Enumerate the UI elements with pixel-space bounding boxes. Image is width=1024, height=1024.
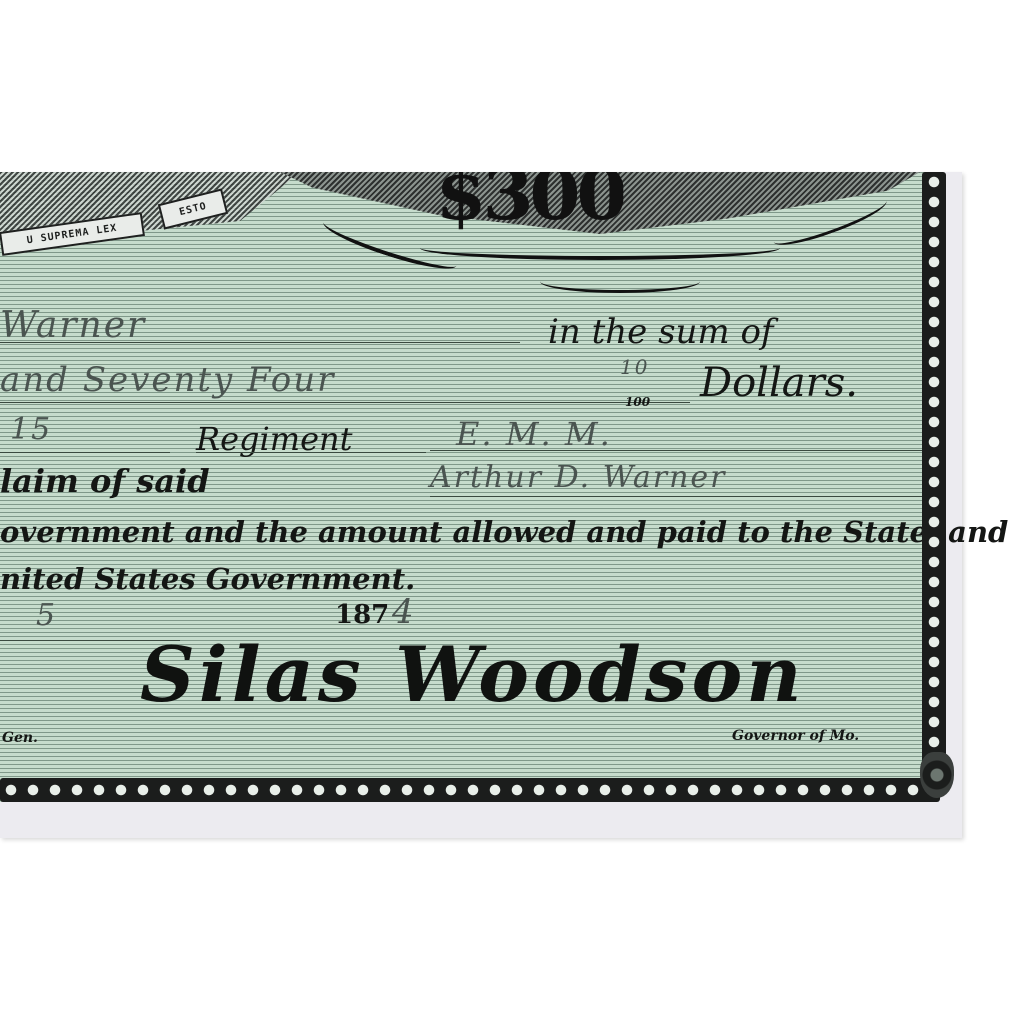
fill-line — [430, 496, 930, 497]
ornamental-border-right — [922, 172, 946, 794]
date-day-handwritten: 5 — [36, 598, 57, 633]
cents-numerator: 10 — [620, 355, 649, 379]
fill-line — [196, 452, 426, 453]
printed-line-5: overnment and the amount allowed and pai… — [0, 515, 1008, 549]
printed-line-6: nited States Government. — [0, 562, 415, 596]
payee-name-handwritten: Warner — [0, 305, 146, 346]
border-corner-ornament — [920, 752, 954, 798]
amount-numeral: $300 — [436, 160, 624, 230]
fill-line — [0, 342, 520, 343]
adjutant-general-title-fragment: Gen. — [2, 730, 38, 746]
printed-claim-of-said: laim of said — [0, 462, 210, 500]
governor-signature: Silas Woodson — [140, 630, 806, 719]
swash-decoration — [540, 270, 700, 293]
ornamental-border-bottom — [0, 778, 940, 802]
printed-in-the-sum-of: in the sum of — [548, 312, 774, 352]
swash-decoration — [420, 236, 780, 260]
fill-line — [0, 402, 690, 403]
claimant-name-handwritten: Arthur D. Warner — [430, 460, 727, 495]
cents-denominator: 100 — [625, 395, 650, 409]
governor-title: Governor of Mo. — [732, 728, 859, 744]
printed-dollars: Dollars. — [700, 360, 858, 406]
amount-words-handwritten: and Seventy Four — [0, 360, 335, 400]
year-suffix-handwritten: 4 — [392, 592, 416, 632]
printed-year-prefix: 187 — [335, 600, 389, 630]
company-handwritten: E. M. M. — [456, 415, 612, 453]
regiment-number-handwritten: 15 — [10, 412, 52, 447]
fill-line — [0, 452, 170, 453]
